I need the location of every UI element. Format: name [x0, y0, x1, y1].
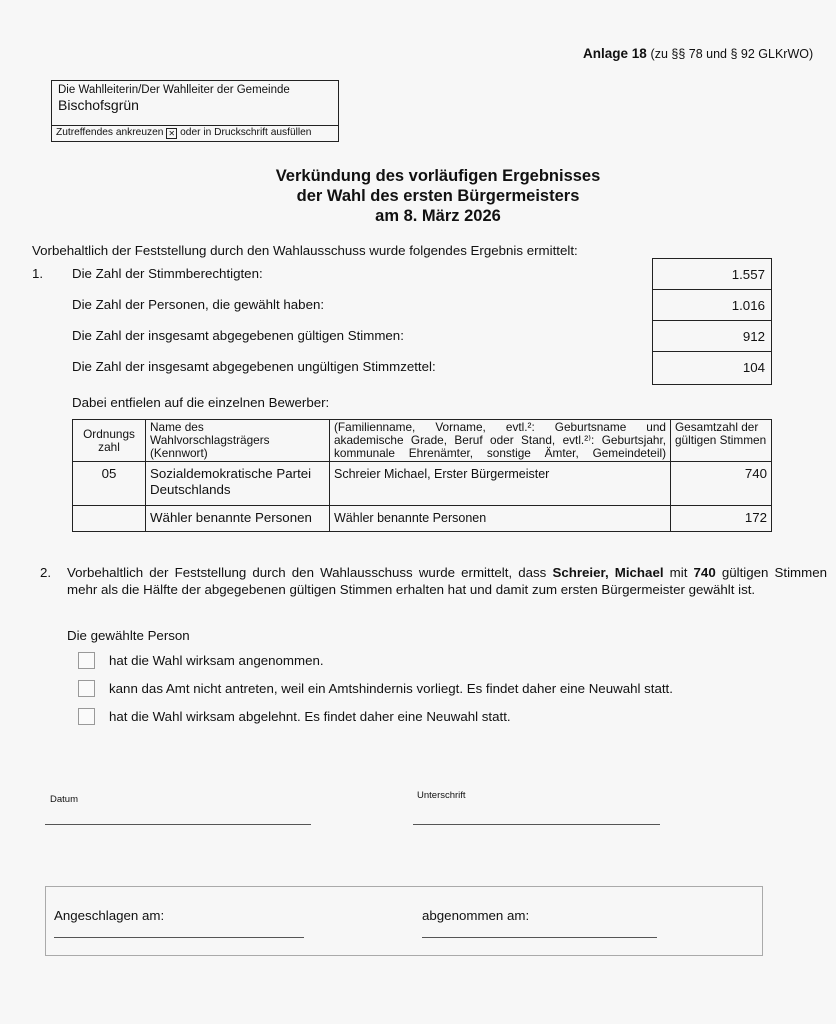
municipality-name[interactable]: Bischofsgrün: [58, 97, 139, 113]
valid-votes-label: Die Zahl der insgesamt abgegebenen gülti…: [72, 328, 404, 343]
checked-box-icon: ✕: [166, 128, 177, 139]
instruction-text-2: oder in Druckschrift ausfüllen: [180, 127, 311, 138]
winner-name: Schreier, Michael: [552, 565, 663, 580]
date-field[interactable]: [45, 824, 311, 825]
winner-votes: 740: [694, 565, 716, 580]
invalid-ballots-label: Die Zahl der insgesamt abgegebenen ungül…: [72, 359, 436, 374]
posted-date-field[interactable]: [54, 937, 304, 938]
candidates-table: Ordnungs zahl Name des Wahlvorschlagsträ…: [72, 419, 772, 532]
table-row: Wähler benannte Personen Wähler benannte…: [73, 506, 772, 532]
header-bewerber: (Familienname, Vorname, evtl.²: Geburtsn…: [330, 420, 671, 462]
title-line-2: der Wahl des ersten Bürgermeisters: [0, 186, 836, 206]
cell-ordnungszahl[interactable]: 05: [73, 462, 146, 506]
posted-label: Angeschlagen am:: [54, 908, 164, 923]
title-line-1: Verkündung des vorläufigen Ergebnisses: [0, 166, 836, 186]
date-label: Datum: [50, 794, 78, 805]
option-label: kann das Amt nicht antreten, weil ein Am…: [109, 681, 673, 696]
header-stimmen: Gesamtzahl der gültigen Stimmen: [671, 420, 772, 462]
cell-ordnungszahl[interactable]: [73, 506, 146, 532]
option-label: hat die Wahl wirksam angenommen.: [109, 653, 324, 668]
title-line-3: am 8. März 2026: [0, 206, 836, 226]
table-header-row: Ordnungs zahl Name des Wahlvorschlagsträ…: [73, 420, 772, 462]
option-label: hat die Wahl wirksam abgelehnt. Es finde…: [109, 709, 511, 724]
invalid-ballots-value[interactable]: 104: [653, 352, 771, 384]
option-accepted: hat die Wahl wirksam angenommen.: [78, 652, 324, 669]
header-traeger: Name des Wahlvorschlagsträgers (Kennwort…: [146, 420, 330, 462]
header-ordnungszahl: Ordnungs zahl: [73, 420, 146, 462]
result-text-mid: mit: [670, 565, 688, 580]
eligible-voters-value[interactable]: 1.557: [653, 259, 771, 290]
voters-label: Die Zahl der Personen, die gewählt haben…: [72, 297, 324, 312]
cell-traeger[interactable]: Wähler benannte Personen: [146, 506, 330, 532]
checkbox-accepted[interactable]: [78, 652, 95, 669]
elected-person-label: Die gewählte Person: [67, 628, 190, 643]
section2-result-text: Vorbehaltlich der Feststellung durch den…: [67, 565, 827, 598]
signature-label: Unterschrift: [417, 790, 466, 801]
section1-intro: Vorbehaltlich der Feststellung durch den…: [32, 243, 578, 258]
signature-field[interactable]: [413, 824, 660, 825]
document-title: Verkündung des vorläufigen Ergebnisses d…: [0, 166, 836, 226]
annex-reference: Anlage 18 (zu §§ 78 und § 92 GLKrWO): [583, 46, 813, 61]
cell-stimmen[interactable]: 740: [671, 462, 772, 506]
totals-value-table: 1.557 1.016 912 104: [652, 258, 772, 385]
option-impediment: kann das Amt nicht antreten, weil ein Am…: [78, 680, 673, 697]
authority-label: Die Wahlleiterin/Der Wahlleiter der Geme…: [58, 84, 290, 96]
valid-votes-value[interactable]: 912: [653, 321, 771, 352]
eligible-voters-label: Die Zahl der Stimmberechtigten:: [72, 266, 263, 281]
removed-date-field[interactable]: [422, 937, 657, 938]
removed-label: abgenommen am:: [422, 908, 529, 923]
cell-stimmen[interactable]: 172: [671, 506, 772, 532]
cell-bewerber[interactable]: Schreier Michael, Erster Bürgermeister: [330, 462, 671, 506]
annex-number: Anlage 18: [583, 46, 647, 61]
checkbox-declined[interactable]: [78, 708, 95, 725]
checkbox-impediment[interactable]: [78, 680, 95, 697]
cell-bewerber[interactable]: Wähler benannte Personen: [330, 506, 671, 532]
section1-number: 1.: [32, 266, 43, 281]
cell-traeger[interactable]: Sozialdemokratische Partei Deutschlands: [146, 462, 330, 506]
voters-value[interactable]: 1.016: [653, 290, 771, 321]
annex-legal-reference: (zu §§ 78 und § 92 GLKrWO): [651, 47, 814, 61]
option-declined: hat die Wahl wirksam abgelehnt. Es finde…: [78, 708, 511, 725]
instruction-text: Zutreffendes ankreuzen: [56, 127, 163, 138]
section2-number: 2.: [40, 565, 51, 580]
authority-box: Die Wahlleiterin/Der Wahlleiter der Geme…: [51, 80, 339, 142]
result-text-pre: Vorbehaltlich der Feststellung durch den…: [67, 565, 546, 580]
table-row: 05 Sozialdemokratische Partei Deutschlan…: [73, 462, 772, 506]
candidates-intro: Dabei entfielen auf die einzelnen Bewerb…: [72, 395, 329, 410]
fill-instruction: Zutreffendes ankreuzen ✕ oder in Drucksc…: [52, 125, 338, 141]
